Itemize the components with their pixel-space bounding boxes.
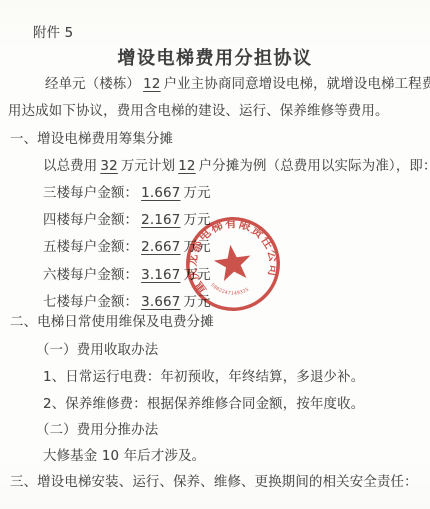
total-cost-value: 32 — [97, 159, 120, 174]
floor3-label: 三楼每户金额： — [43, 186, 138, 201]
cost-example-line: 以总费用32万元计划12户分摊为例（总费用以实际为准），即： — [43, 157, 430, 177]
floor7-amount: 3.667 — [138, 295, 183, 310]
section2-item2: 2、保养维修费：根据保养维修合同金额，按年度收。 — [43, 395, 364, 415]
floor5-label: 五楼每户金额： — [43, 240, 138, 255]
seal-serial-number: 5002247149325 — [209, 277, 251, 300]
intro-line-1: 经单元（楼栋）12户业主协商同意增设电梯，就增设电梯工程费 — [45, 75, 430, 95]
intro-line1-pre: 经单元（楼栋） — [45, 77, 140, 92]
floor5-amount: 2.667 — [138, 240, 183, 255]
floor6-amount: 3.167 — [138, 268, 183, 283]
section2-sub1: （一）费用收取办法 — [36, 341, 158, 361]
section2-note: 大修基金 10 年后才涉及。 — [43, 447, 205, 467]
example-pre: 以总费用 — [43, 159, 97, 174]
example-mid: 万元计划 — [121, 159, 175, 174]
floor4-label: 四楼每户金额： — [43, 213, 138, 228]
company-seal-stamp: 重庆龙都电梯有限责任公司 5002247149325 — [184, 215, 282, 313]
section2-sub2: （二）费用分推办法 — [36, 421, 158, 441]
svg-text:5002247149325: 5002247149325 — [209, 277, 251, 300]
seal-star-icon — [212, 242, 253, 282]
section3-heading: 三、增设电梯安装、运行、保养、维修、更换期间的相关安全责任： — [10, 473, 418, 493]
floor6-label: 六楼每户金额： — [43, 268, 138, 283]
floor7-label: 七楼每户金额： — [43, 295, 138, 310]
example-post: 户分摊为例（总费用以实际为准），即： — [199, 159, 430, 174]
floor3-unit: 万元 — [183, 186, 210, 201]
section1-heading: 一、增设电梯费用筹集分摊 — [10, 130, 173, 150]
floor3-amount: 1.667 — [138, 186, 183, 201]
section2-heading: 二、电梯日常使用维保及电费分摊 — [10, 313, 214, 333]
household-count-value: 12 — [175, 159, 198, 174]
document-page: 附件 5 增设电梯费用分担协议 经单元（楼栋）12户业主协商同意增设电梯，就增设… — [0, 0, 430, 509]
intro-line1-post: 户业主协商同意增设电梯，就增设电梯工程费 — [164, 77, 430, 92]
document-title: 增设电梯费用分担协议 — [0, 44, 430, 70]
unit-number-value: 12 — [140, 77, 163, 92]
attachment-label: 附件 5 — [33, 24, 73, 44]
intro-line-2: 用达成如下协议，费用含电梯的建设、运行、保养维修等费用。 — [8, 102, 389, 122]
floor-amount-row: 三楼每户金额：1.667万元 — [43, 184, 211, 204]
section2-item1: 1、日常运行电费：年初预收，年终结算，多退少补。 — [43, 368, 364, 388]
floor4-amount: 2.167 — [138, 213, 183, 228]
